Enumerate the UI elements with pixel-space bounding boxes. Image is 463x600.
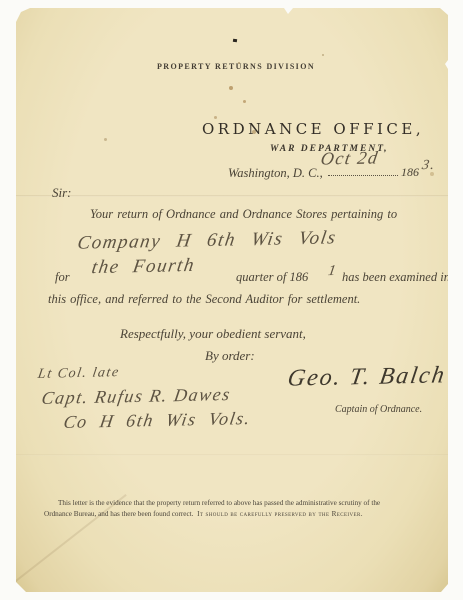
- printers-mark: [233, 39, 237, 43]
- fold-crease-lower: [16, 454, 448, 456]
- handwritten-quarter: the Fourth: [90, 255, 197, 279]
- footer-line-2-smallcaps: It should be carefully preserved by the …: [197, 510, 363, 518]
- handwritten-date: Oct 2d: [319, 147, 380, 169]
- date-blank-line: [328, 174, 398, 176]
- handwritten-unit: Company H 6th Wis Vols: [76, 227, 338, 254]
- endorsement-line-1: Lt Col. late: [37, 365, 121, 383]
- division-header: PROPERTY RETURNS DIVISION: [136, 62, 336, 71]
- footer-line-2: Ordnance Bureau, and has there been foun…: [44, 509, 422, 520]
- handwritten-year-digit: 3.: [421, 158, 437, 174]
- closing-respectfully: Respectfully, your obedient servant,: [120, 326, 306, 342]
- footer-line-1: This letter is the evidence that the pro…: [44, 498, 422, 509]
- foxing-spot: [322, 54, 324, 56]
- foxing-spot: [229, 86, 233, 90]
- endorsement-line-2: Capt. Rufus R. Dawes: [40, 384, 232, 409]
- place-line: Washington, D. C.,: [228, 166, 323, 181]
- footer-line-1-text: This letter is the evidence that the pro…: [58, 499, 380, 507]
- handwritten-quarter-year-digit: 1: [327, 263, 339, 280]
- endorsement-line-3: Co H 6th Wis Vols.: [62, 408, 252, 433]
- body-line-1: Your return of Ordnance and Ordnance Sto…: [90, 207, 397, 222]
- year-printed: 186: [401, 165, 419, 180]
- body-for: for: [55, 270, 70, 285]
- office-title: ORDNANCE OFFICE,: [202, 120, 412, 138]
- footer-fine-print: This letter is the evidence that the pro…: [44, 498, 422, 520]
- signature-title: Captain of Ordnance.: [335, 404, 422, 415]
- signature-geo-t-balch: Geo. T. Balch: [286, 362, 448, 392]
- body-line-3c: has been examined in: [342, 270, 450, 285]
- body-line-4: this office, and referred to the Second …: [48, 292, 360, 307]
- salutation: Sir:: [52, 185, 72, 201]
- foxing-spot: [104, 138, 107, 141]
- foxing-spot: [214, 116, 217, 119]
- foxing-spot: [243, 100, 246, 103]
- closing-by-order: By order:: [205, 348, 255, 364]
- footer-line-2-normal: Ordnance Bureau, and has there been foun…: [44, 510, 193, 518]
- body-line-3b: quarter of 186: [236, 270, 308, 285]
- fold-crease-horizontal: [16, 195, 448, 197]
- letter-paper: PROPERTY RETURNS DIVISION ORDNANCE OFFIC…: [16, 8, 448, 592]
